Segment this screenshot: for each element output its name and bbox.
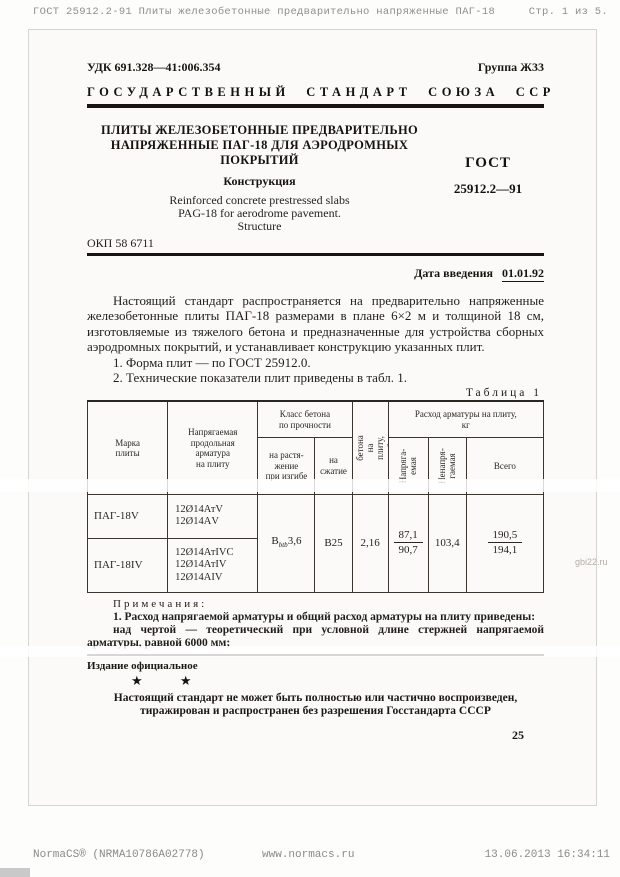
- note-line-2: над чертой — теоретический при условной …: [87, 624, 544, 650]
- table-caption: Таблица 1: [87, 387, 544, 399]
- copyright-notice: Настоящий стандарт не может быть полност…: [87, 692, 544, 719]
- col-header-total: Всего: [466, 437, 543, 494]
- title-line-3: ПОКРЫТИЙ: [87, 153, 432, 168]
- table-row: ПАГ-18V 12Ø14АтV 12Ø14АV Bbtb3,6 В25 2,1…: [88, 494, 544, 538]
- gost-label: ГОСТ: [432, 155, 544, 172]
- col-header-non-prestressed: Ненапря- гаемая: [428, 437, 466, 494]
- cell-armature-pag18v: 12Ø14АтV 12Ø14АV: [168, 494, 258, 538]
- date-value: 01.01.92: [502, 266, 544, 282]
- cell-total-consumption: 190,5 194,1: [466, 494, 543, 592]
- notes-section: Примечания: 1. Расход напрягаемой армату…: [87, 598, 544, 650]
- col-header-prestressed: Напряга- емая: [388, 437, 428, 494]
- title-en-line-3: Structure: [87, 220, 432, 233]
- title-line-1: ПЛИТЫ ЖЕЛЕЗОБЕТОННЫЕ ПРЕДВАРИТЕЛЬНО: [87, 123, 432, 138]
- page-number: 25: [87, 728, 544, 743]
- horizontal-rule: [87, 253, 544, 256]
- document-title-english: Reinforced concrete prestressed slabs PA…: [87, 194, 432, 233]
- cell-non-prestressed-consumption: 103,4: [428, 494, 466, 592]
- introduction-date-row: Дата введения 01.01.92: [87, 266, 544, 281]
- col-header-tension: на растя- жение при изгибе: [258, 437, 315, 494]
- cell-marka-pag18iv: ПАГ-18IV: [88, 538, 168, 592]
- stars-ornament: ★ ★: [87, 673, 544, 689]
- technical-indicators-table: Марка плиты Напрягаемая продольная армат…: [87, 400, 544, 593]
- col-header-volume: Объем бетона на плиту, м³: [352, 401, 388, 494]
- state-standard-heading: ГОСУДАРСТВЕННЫЙ СТАНДАРТ СОЮЗА ССР: [87, 85, 544, 108]
- viewer-footer-url: www.normacs.ru: [262, 849, 354, 861]
- list-item-2: 2. Технические показатели плит приведены…: [87, 370, 544, 385]
- body-text: Настоящий стандарт распространяется на п…: [87, 293, 544, 385]
- official-edition-label: Издание официальное: [87, 660, 544, 672]
- gost-number: 25912.2—91: [432, 181, 544, 197]
- viewer-page-indicator: Стр. 1 из 5.: [529, 6, 608, 18]
- cell-concrete-class-tension: Bbtb3,6: [258, 494, 315, 592]
- note-line-1: 1. Расход напрягаемой арматуры и общий р…: [87, 611, 544, 624]
- viewer-footer-timestamp: 13.06.2013 16:34:11: [485, 849, 610, 861]
- col-header-marka: Марка плиты: [88, 401, 168, 494]
- group-code: Группа Ж33: [478, 60, 544, 75]
- viewer-footer-license: NormaCS® (NRMA10786A02778): [33, 849, 205, 861]
- cell-volume: 2,16: [352, 494, 388, 592]
- site-watermark: gbi22.ru: [575, 557, 608, 567]
- viewer-footer: NormaCS® (NRMA10786A02778) www.normacs.r…: [0, 849, 620, 869]
- cell-prestressed-consumption: 87,1 90,7: [388, 494, 428, 592]
- document-subtitle: Конструкция: [87, 174, 432, 189]
- col-group-rebar-consumption: Расход арматуры на плиту, кг: [388, 401, 543, 437]
- title-line-2: НАПРЯЖЕННЫЕ ПАГ-18 ДЛЯ АЭРОДРОМНЫХ: [87, 138, 432, 153]
- viewer-header-title: ГОСТ 25912.2-91 Плиты железобетонные пре…: [33, 6, 495, 18]
- cell-armature-pag18iv: 12Ø14АтIVC 12Ø14АтIV 12Ø14АIV: [168, 538, 258, 592]
- udk-row: УДК 691.328—41:006.354 Группа Ж33: [87, 60, 544, 75]
- col-group-concrete-class: Класс бетона по прочности: [258, 401, 352, 437]
- viewer-corner-chip: [0, 868, 30, 877]
- notes-heading: Примечания:: [87, 598, 544, 611]
- okp-code: ОКП 58 6711: [87, 236, 544, 251]
- date-label: Дата введения: [414, 266, 493, 280]
- prestressed-fraction: 87,1 90,7: [394, 529, 423, 556]
- total-fraction: 190,5 194,1: [488, 529, 523, 556]
- cell-marka-pag18v: ПАГ-18V: [88, 494, 168, 538]
- list-item-1: 1. Форма плит — по ГОСТ 25912.0.: [87, 355, 544, 370]
- horizontal-rule: [87, 654, 544, 656]
- cell-concrete-class-compression: В25: [315, 494, 352, 592]
- col-header-armature: Напрягаемая продольная арматура на плиту: [168, 401, 258, 494]
- title-block: ПЛИТЫ ЖЕЛЕЗОБЕТОННЫЕ ПРЕДВАРИТЕЛЬНО НАПР…: [87, 123, 544, 233]
- copyright-line-2: тиражирован и распространен без разрешен…: [87, 705, 544, 719]
- gost-designation-block: ГОСТ 25912.2—91: [432, 123, 544, 233]
- viewer-header: ГОСТ 25912.2-91 Плиты железобетонные пре…: [33, 6, 608, 18]
- scanned-page: УДК 691.328—41:006.354 Группа Ж33 ГОСУДА…: [28, 29, 597, 806]
- title-left-column: ПЛИТЫ ЖЕЛЕЗОБЕТОННЫЕ ПРЕДВАРИТЕЛЬНО НАПР…: [87, 123, 432, 233]
- udk-code: УДК 691.328—41:006.354: [87, 60, 221, 75]
- scope-paragraph: Настоящий стандарт распространяется на п…: [87, 293, 544, 355]
- copyright-line-1: Настоящий стандарт не может быть полност…: [87, 692, 544, 706]
- document-title: ПЛИТЫ ЖЕЛЕЗОБЕТОННЫЕ ПРЕДВАРИТЕЛЬНО НАПР…: [87, 123, 432, 168]
- col-header-compression: на сжатие: [315, 437, 352, 494]
